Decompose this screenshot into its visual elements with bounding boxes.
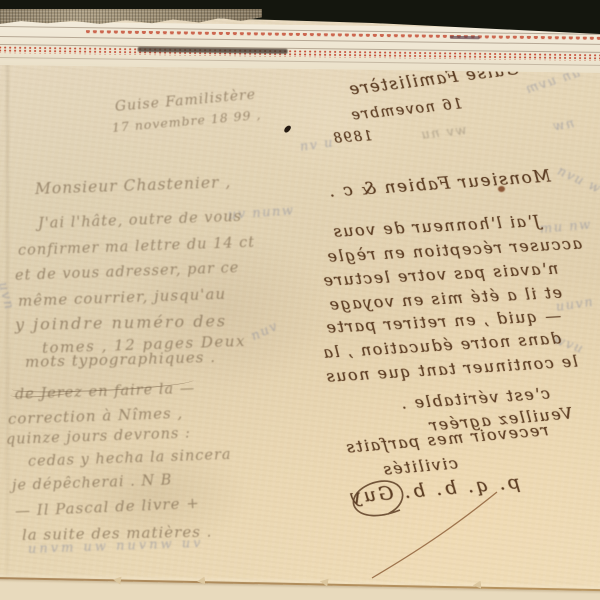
copybook-photo: Guise Familistère 17 novembre 18 99 , Mo…: [0, 0, 600, 600]
mirrored-text: 1898: [331, 128, 372, 147]
ink-blob: [498, 186, 505, 192]
handwritten-line: la suite des matières .: [22, 523, 213, 544]
handwritten-line: y joindre numéro des: [15, 311, 227, 334]
page-header-line-mirrored: 1898: [331, 128, 372, 147]
ink-smudge: [450, 36, 480, 39]
page-crease: [6, 62, 9, 577]
signature-flourish: [330, 470, 600, 595]
